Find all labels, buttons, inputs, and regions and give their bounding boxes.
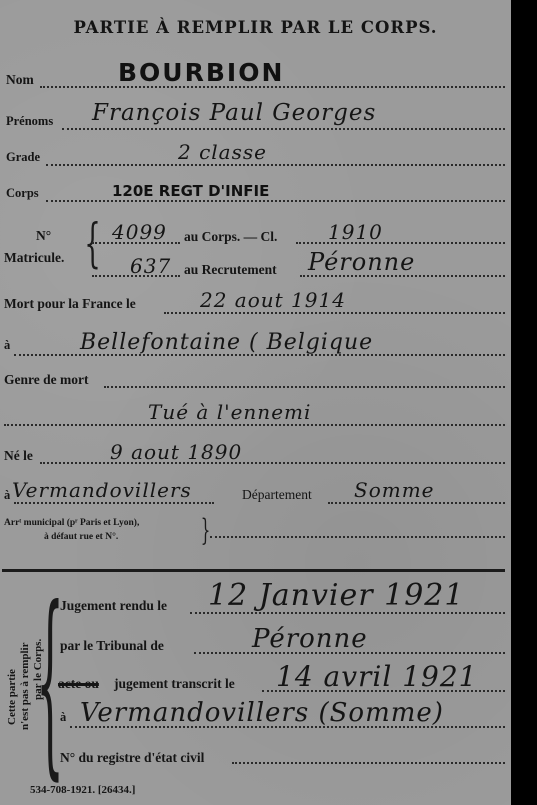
- nom-label: Nom: [6, 72, 34, 88]
- transcrit-value: 14 avril 1921: [276, 660, 478, 693]
- genre-mort-value: Tué à l'ennemi: [148, 400, 311, 424]
- mort-line: [164, 312, 505, 314]
- lieu-mort-value: Bellefontaine ( Belgique: [80, 330, 373, 355]
- lieu-transcription-label: à: [60, 710, 66, 725]
- grade-label: Grade: [6, 150, 40, 165]
- departement-value: Somme: [354, 478, 435, 502]
- corps-label: Corps: [6, 186, 39, 201]
- transcrit-label: jugement transcrit le: [114, 676, 235, 692]
- corps-number-value: 4099: [112, 220, 167, 244]
- lieu-naissance-value: Vermandovillers: [12, 478, 192, 502]
- grade-value: 2 classe: [178, 140, 267, 164]
- arrondissement-brace: }: [201, 516, 211, 546]
- genre-mort-line-2: [4, 424, 505, 426]
- prenoms-label: Prénoms: [6, 114, 53, 129]
- tribunal-value: Péronne: [252, 624, 368, 654]
- matricule-brace: {: [84, 218, 101, 270]
- nom-value: BOURBION: [118, 58, 284, 87]
- departement-label: Département: [242, 487, 312, 503]
- ne-le-label: Né le: [4, 448, 33, 464]
- genre-mort-line-1: [104, 386, 505, 388]
- print-reference: 534-708-1921. [26434.]: [30, 784, 135, 796]
- mort-value: 22 aout 1914: [200, 288, 346, 312]
- section-divider: [2, 569, 505, 572]
- corps-value: 120E REGT D'INFIE: [112, 182, 269, 200]
- lieu-transcription-value: Vermandovillers (Somme): [80, 698, 444, 728]
- recrutement-label: au Recrutement: [184, 262, 277, 278]
- registre-line: [232, 762, 505, 764]
- card-header: PARTIE À REMPLIR PAR LE CORPS.: [0, 18, 511, 37]
- registre-label: N° du registre d'état civil: [60, 750, 204, 766]
- struck-acte-ou: acte ou: [58, 676, 99, 692]
- arrondissement-label-2: à défaut rue et N°.: [44, 532, 118, 542]
- corps-classe-label: au Corps. — Cl.: [184, 229, 277, 245]
- corps-line: [46, 200, 505, 202]
- lieu-mort-label: à: [4, 338, 10, 353]
- tribunal-label: par le Tribunal de: [60, 638, 164, 654]
- grade-line: [46, 164, 505, 166]
- recrutement-place-value: Péronne: [308, 248, 415, 276]
- jugement-rendu-value: 12 Janvier 1921: [208, 578, 464, 613]
- side-note-line-1: Cette partie: [6, 669, 18, 725]
- arrondissement-line: [210, 536, 505, 538]
- departement-line: [328, 502, 505, 504]
- classe-value: 1910: [328, 220, 383, 244]
- matricule-no-label: N°: [36, 228, 51, 244]
- ne-le-value: 9 aout 1890: [110, 440, 242, 464]
- recrutement-number-value: 637: [130, 254, 171, 278]
- genre-mort-label: Genre de mort: [4, 372, 88, 388]
- jugement-rendu-label: Jugement rendu le: [60, 598, 167, 614]
- prenoms-value: François Paul Georges: [92, 100, 376, 126]
- arrondissement-label-1: Arrᵗ municipal (pʳ Paris et Lyon),: [4, 518, 139, 528]
- matricule-label: Matricule.: [4, 250, 64, 266]
- mort-label: Mort pour la France le: [4, 296, 136, 312]
- prenoms-line: [62, 128, 505, 130]
- side-note-line-2: n'est pas à remplir: [19, 643, 31, 731]
- death-record-card: PARTIE À REMPLIR PAR LE CORPS. Nom BOURB…: [0, 0, 511, 805]
- lieu-naissance-line: [14, 502, 214, 504]
- lieu-naissance-label: à: [4, 488, 10, 503]
